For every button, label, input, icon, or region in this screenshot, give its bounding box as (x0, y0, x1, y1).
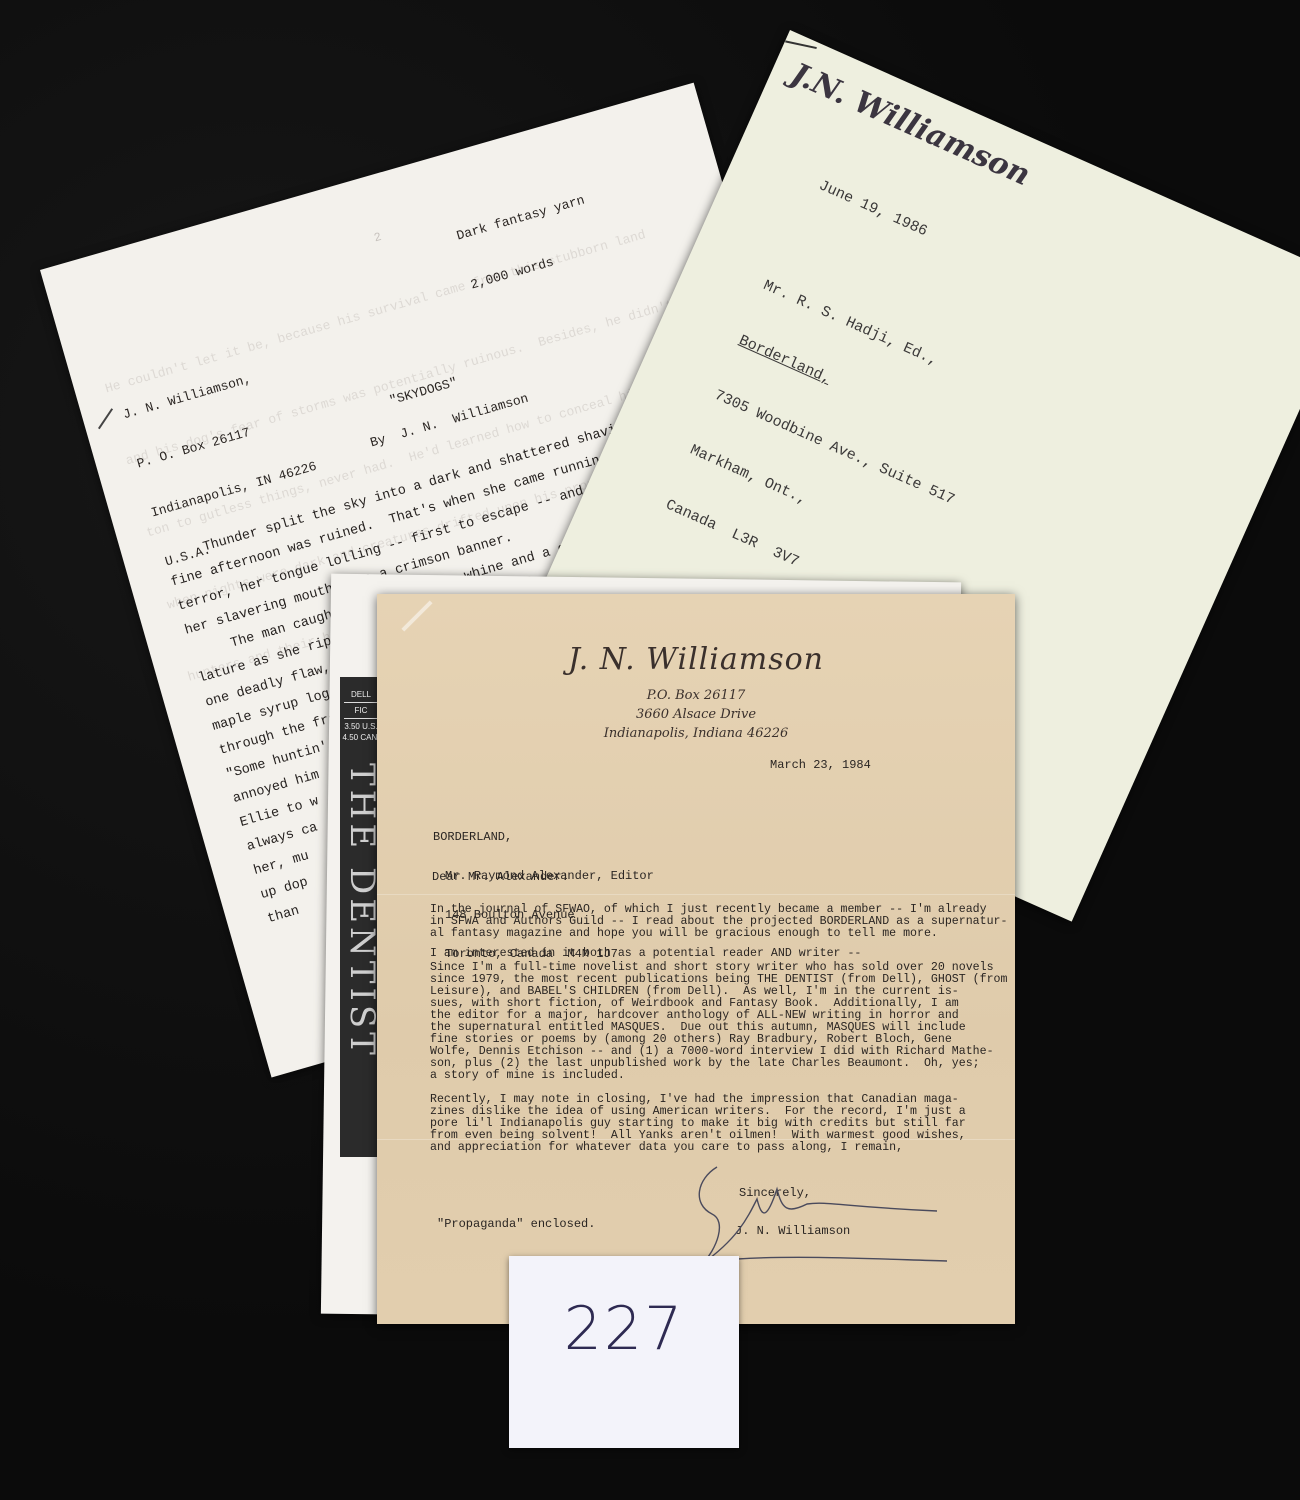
salutation: Dear Mr. Alexander: (432, 870, 569, 884)
letter-line: al fantasy magazine and hope you will be… (430, 928, 1007, 940)
book-cover-strip: DELL FIC 3.50 U.S. 4.50 CAN. THE DENTIST (340, 677, 382, 1157)
category-label: FIC (340, 705, 382, 716)
letter-date: June 19, 1986 (815, 176, 1270, 393)
letter-line: a story of mine is included. (430, 1070, 1007, 1082)
letterhead-address: P.O. Box 26117 3660 Alsace Drive Indiana… (377, 686, 1015, 743)
paragraph-4: Recently, I may note in closing, I've ha… (430, 1094, 966, 1154)
letterhead-name: J. N. Williamson (377, 642, 1015, 677)
enclosure-note: "Propaganda" enclosed. (437, 1217, 595, 1231)
auction-lot-card: 227 (509, 1256, 739, 1448)
book-title-fragment: THE DENTIST (342, 763, 382, 1059)
letter-date: March 23, 1984 (770, 758, 871, 772)
paragraph-2: I am interested in it both as a potentia… (430, 948, 861, 960)
letter-line: I am interested in it both as a potentia… (430, 948, 861, 960)
divider (344, 702, 378, 703)
word-count: 2,000 words (469, 241, 601, 294)
address-line: P. O. Box 26117 (135, 409, 305, 473)
lot-number: 227 (509, 1294, 739, 1364)
genre-line: Dark fantasy yarn (455, 192, 587, 245)
letterhead-line: 3660 Alsace Drive (377, 705, 1015, 724)
publisher-label: DELL (340, 689, 382, 700)
recipient-publication: BORDERLAND, (433, 831, 654, 844)
letter-line: and appreciation for whatever data you c… (430, 1142, 966, 1154)
address-line: J. N. Williamson, (121, 360, 291, 424)
letter-1984: J. N. Williamson P.O. Box 26117 3660 Als… (377, 594, 1015, 1324)
divider (344, 718, 378, 719)
paragraph-1: In the journal of SFWAO, of which I just… (430, 904, 1007, 940)
letterhead-line: Indianapolis, Indiana 46226 (377, 724, 1015, 743)
handwritten-signature (677, 1159, 957, 1269)
staple-mark (401, 600, 432, 631)
price-us: 3.50 U.S. (340, 721, 382, 732)
pencil-tick-mark (785, 40, 817, 49)
price-can: 4.50 CAN. (340, 732, 382, 743)
paragraph-3: Since I'm a full-time novelist and short… (430, 962, 1007, 1082)
page-number-bleed: 2 (372, 230, 383, 245)
letterhead-line: P.O. Box 26117 (377, 686, 1015, 705)
